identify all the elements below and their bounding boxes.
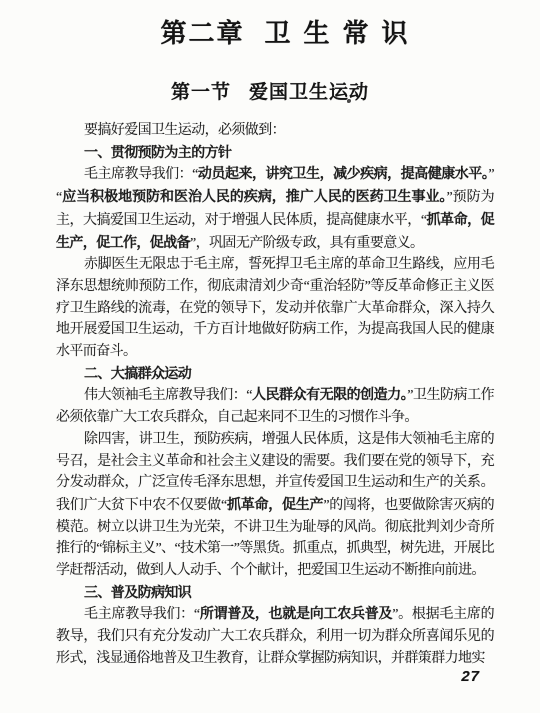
chapter-number: 第二章 bbox=[160, 19, 244, 48]
paragraph: 毛主席教导我们：“动员起来，讲究卫生，减少疾病，提高健康水平。” “应当积极地预… bbox=[56, 163, 494, 254]
section-number: 第一节 bbox=[171, 82, 231, 103]
body-run: 毛主席教导我们：“ bbox=[84, 607, 200, 622]
emphasized-quote: 二、大搞群众运动 bbox=[84, 365, 191, 381]
page-number: 27 bbox=[461, 668, 480, 685]
chapter-name: 卫生常识 bbox=[265, 19, 421, 48]
emphasized-quote: 应当积极地预防和医治人民的疾病，推广人民的医药卫生事业。 bbox=[62, 188, 447, 204]
emphasized-quote: 三、普及防病知识 bbox=[84, 584, 191, 600]
body-run: 赤脚医生无限忠于毛主席，誓死捍卫毛主席的革命卫生路线，应用毛泽东思想统帅预防工作… bbox=[56, 257, 494, 359]
emphasized-quote: 抓革命，促生产 bbox=[227, 496, 324, 512]
body-run: 毛主席教导我们：“ bbox=[84, 167, 198, 182]
emphasized-quote: 一、贯彻预防为主的方针 bbox=[84, 144, 231, 160]
paragraph: 要搞好爱国卫生运动，必须做到： bbox=[56, 120, 494, 142]
body-run: 要搞好爱国卫生运动，必须做到： bbox=[84, 123, 285, 138]
section-name: 爱国卫生运动 bbox=[249, 82, 369, 103]
subsection-heading: 二、大搞群众运动 bbox=[56, 363, 494, 385]
emphasized-quote: 所谓普及，也就是向工农兵普及 bbox=[200, 605, 393, 621]
paragraph: 除四害，讲卫生，预防疾病，增强人民体质，这是伟大领袖毛主席的号召，是社会主义革命… bbox=[56, 429, 494, 582]
body-run: 伟大领袖毛主席教导我们：“ bbox=[84, 388, 252, 403]
paragraph: 伟大领袖毛主席教导我们：“人民群众有无限的创造力。”卫生防病工作必须依靠广大工农… bbox=[56, 384, 494, 428]
paragraph: 赤脚医生无限忠于毛主席，誓死捍卫毛主席的革命卫生路线，应用毛泽东思想统帅预防工作… bbox=[56, 254, 494, 363]
section-title: 第一节爱国卫生运动 bbox=[0, 77, 540, 104]
body-run: ”，巩固无产阶级专政，具有重要意义。 bbox=[190, 236, 423, 251]
paragraph: 毛主席教导我们：“所谓普及，也就是向工农兵普及”。根据毛主席的教导，我们只有充分… bbox=[56, 603, 494, 669]
emphasized-quote: 动员起来，讲究卫生，减少疾病，提高健康水平。 bbox=[198, 165, 489, 181]
scanned-book-page: 第二章卫生常识 第一节爱国卫生运动 要搞好爱国卫生运动，必须做到：一、贯彻预防为… bbox=[0, 0, 540, 713]
emphasized-quote: 人民群众有无限的创造力。 bbox=[252, 386, 407, 402]
subsection-heading: 三、普及防病知识 bbox=[56, 582, 494, 604]
chapter-title: 第二章卫生常识 bbox=[14, 0, 540, 50]
subsection-heading: 一、贯彻预防为主的方针 bbox=[56, 142, 494, 164]
body-text: 要搞好爱国卫生运动，必须做到：一、贯彻预防为主的方针毛主席教导我们：“动员起来，… bbox=[0, 120, 540, 670]
